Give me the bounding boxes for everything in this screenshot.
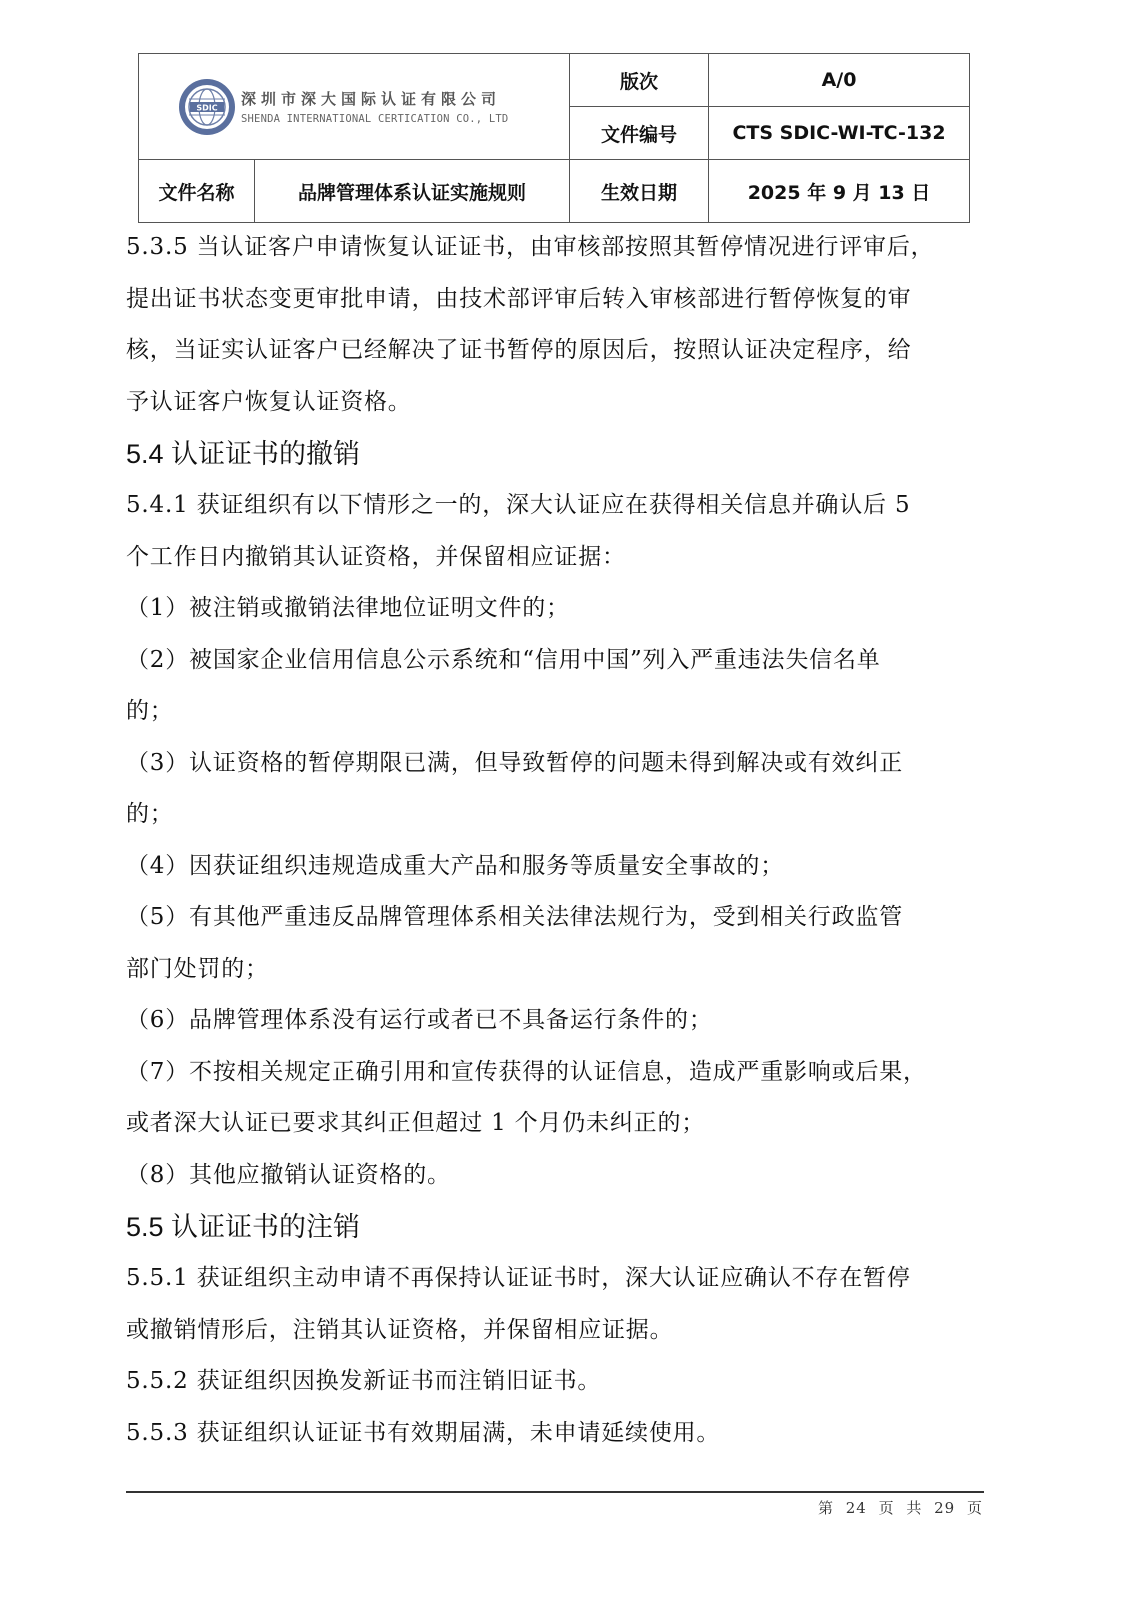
paragraph-line: 或撤销情形后，注销其认证资格，并保留相应证据。 [126,1305,986,1357]
company-logo-icon: SDIC [177,77,237,137]
paragraph-line: （3）认证资格的暂停期限已满，但导致暂停的问题未得到解决或有效纠正 [126,738,986,790]
svg-text:SDIC: SDIC [196,103,217,112]
doc-no-value: CTS SDIC-WI-TC-132 [709,107,970,160]
paragraph-line: （8）其他应撤销认证资格的。 [126,1150,986,1202]
paragraph-line: 5.5.1 获证组织主动申请不再保持认证证书时，深大认证应确认不存在暂停 [126,1253,986,1305]
paragraph-line: 提出证书状态变更审批申请，由技术部评审后转入审核部进行暂停恢复的审 [126,274,986,326]
footer-divider [126,1491,984,1493]
page-number: 第 24 页 共 29 页 [818,1497,983,1518]
doc-no-label: 文件编号 [570,107,709,160]
paragraph-line: 5.5.3 获证组织认证证书有效期届满，未申请延续使用。 [126,1408,986,1460]
paragraph-line: （4）因获证组织违规造成重大产品和服务等质量安全事故的； [126,841,986,893]
doc-name-value: 品牌管理体系认证实施规则 [255,160,570,223]
section-heading: 5.5 认证证书的注销 [126,1201,986,1253]
section-heading: 5.4 认证证书的撤销 [126,428,986,480]
paragraph-line: 核，当证实认证客户已经解决了证书暂停的原因后，按照认证决定程序，给 [126,325,986,377]
paragraph-line: 个工作日内撤销其认证资格，并保留相应证据： [126,532,986,584]
version-value: A/0 [709,54,970,107]
company-logo-cell: SDIC 深圳市深大国际认证有限公司 SHENDA INTERNATIONAL … [139,54,570,160]
effective-date-label: 生效日期 [570,160,709,223]
paragraph-line: （2）被国家企业信用信息公示系统和“信用中国”列入严重违法失信名单 [126,635,986,687]
paragraph-line: 予认证客户恢复认证资格。 [126,377,986,429]
version-label: 版次 [570,54,709,107]
paragraph-line: 的； [126,686,986,738]
paragraph-line: （1）被注销或撤销法律地位证明文件的； [126,583,986,635]
paragraph-line: 或者深大认证已要求其纠正但超过 1 个月仍未纠正的； [126,1098,986,1150]
paragraph-line: （6）品牌管理体系没有运行或者已不具备运行条件的； [126,995,986,1047]
paragraph-line: （5）有其他严重违反品牌管理体系相关法律法规行为，受到相关行政监管 [126,892,986,944]
paragraph-line: 5.5.2 获证组织因换发新证书而注销旧证书。 [126,1356,986,1408]
paragraph-line: 5.3.5 当认证客户申请恢复认证证书，由审核部按照其暂停情况进行评审后， [126,222,986,274]
company-name-cn: 深圳市深大国际认证有限公司 [241,88,508,109]
paragraph-line: 部门处罚的； [126,944,986,996]
paragraph-line: 的； [126,789,986,841]
doc-name-label: 文件名称 [139,160,255,223]
effective-date-value: 2025 年 9 月 13 日 [709,160,970,223]
paragraph-line: 5.4.1 获证组织有以下情形之一的，深大认证应在获得相关信息并确认后 5 [126,480,986,532]
company-name-en: SHENDA INTERNATIONAL CERTICATION CO., LT… [241,113,508,125]
paragraph-line: （7）不按相关规定正确引用和宣传获得的认证信息，造成严重影响或后果， [126,1047,986,1099]
document-header-table: SDIC 深圳市深大国际认证有限公司 SHENDA INTERNATIONAL … [138,53,970,223]
document-body: 5.3.5 当认证客户申请恢复认证证书，由审核部按照其暂停情况进行评审后，提出证… [126,222,986,1459]
